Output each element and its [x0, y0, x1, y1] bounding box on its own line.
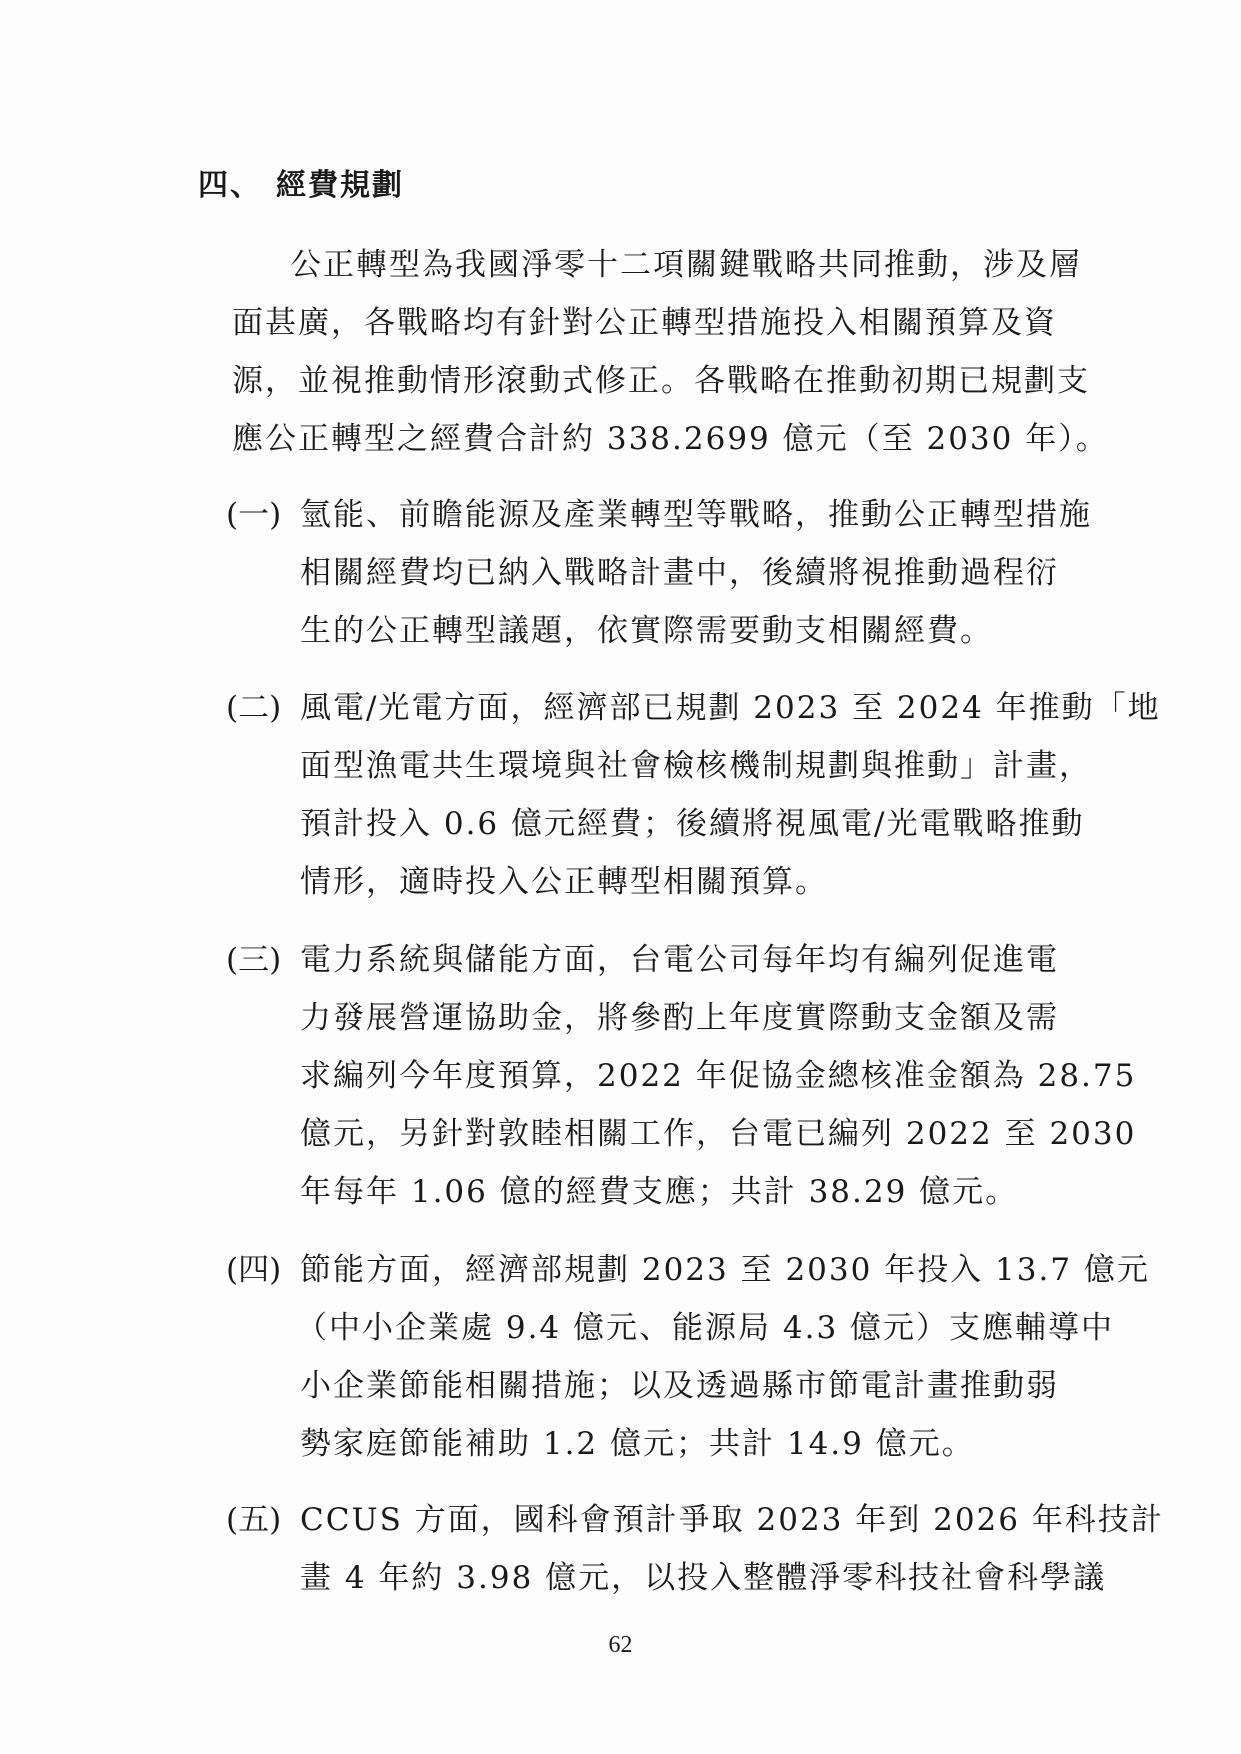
page-number: 62 [0, 1632, 1241, 1659]
item-label: (五) [226, 1500, 281, 1540]
item-line: 情形，適時投入公正轉型相關預算。 [300, 862, 828, 902]
item-label: (一) [226, 495, 281, 535]
section-heading: 四、經費規劃 [198, 160, 404, 204]
item-label: (二) [226, 688, 281, 728]
item-line: 氫能、前瞻能源及產業轉型等戰略，推動公正轉型措施 [300, 495, 1092, 535]
item-line: 風電/光電方面，經濟部已規劃 2023 至 2024 年推動「地 [300, 688, 1161, 728]
document-page: 四、經費規劃 公正轉型為我國淨零十二項關鍵戰略共同推動，涉及層 面甚廣，各戰略均… [0, 0, 1241, 1754]
intro-line: 公正轉型為我國淨零十二項關鍵戰略共同推動，涉及層 [290, 245, 1082, 285]
item-line: 面型漁電共生環境與社會檢核機制規劃與推動」計畫， [300, 746, 1092, 786]
item-label: (四) [226, 1250, 281, 1290]
item-label: (三) [226, 940, 281, 980]
item-line: 相關經費均已納入戰略計畫中，後續將視推動過程衍 [300, 553, 1059, 593]
item-line: CCUS 方面，國科會預計爭取 2023 年到 2026 年科技計 [300, 1500, 1164, 1540]
item-line: 年每年 1.06 億的經費支應；共計 38.29 億元。 [300, 1172, 1018, 1212]
intro-line: 面甚廣，各戰略均有針對公正轉型措施投入相關預算及資 [232, 303, 1057, 343]
item-line: 預計投入 0.6 億元經費；後續將視風電/光電戰略推動 [300, 804, 1084, 844]
item-line: 勢家庭節能補助 1.2 億元；共計 14.9 億元。 [300, 1424, 975, 1464]
item-line: 億元，另針對敦睦相關工作，台電已編列 2022 至 2030 [300, 1114, 1136, 1154]
section-number: 四、 [198, 168, 262, 203]
item-line: 小企業節能相關措施；以及透過縣市節電計畫推動弱 [300, 1366, 1059, 1406]
item-line: 生的公正轉型議題，依實際需要動支相關經費。 [300, 611, 993, 651]
section-title: 經費規劃 [276, 168, 404, 203]
item-line: 節能方面，經濟部規劃 2023 至 2030 年投入 13.7 億元 [300, 1250, 1150, 1290]
item-line: 求編列今年度預算，2022 年促協金總核准金額為 28.75 [300, 1056, 1136, 1096]
item-line: 力發展營運協助金，將參酌上年度實際動支金額及需 [300, 998, 1059, 1038]
item-line: 畫 4 年約 3.98 億元，以投入整體淨零科技社會科學議 [300, 1558, 1106, 1598]
intro-line: 應公正轉型之經費合計約 338.2699 億元（至 2030 年）。 [232, 419, 1109, 459]
item-line: （中小企業處 9.4 億元、能源局 4.3 億元）支應輔導中 [296, 1308, 1114, 1348]
item-line: 電力系統與儲能方面，台電公司每年均有編列促進電 [300, 940, 1059, 980]
intro-line: 源，並視推動情形滾動式修正。各戰略在推動初期已規劃支 [232, 361, 1090, 401]
